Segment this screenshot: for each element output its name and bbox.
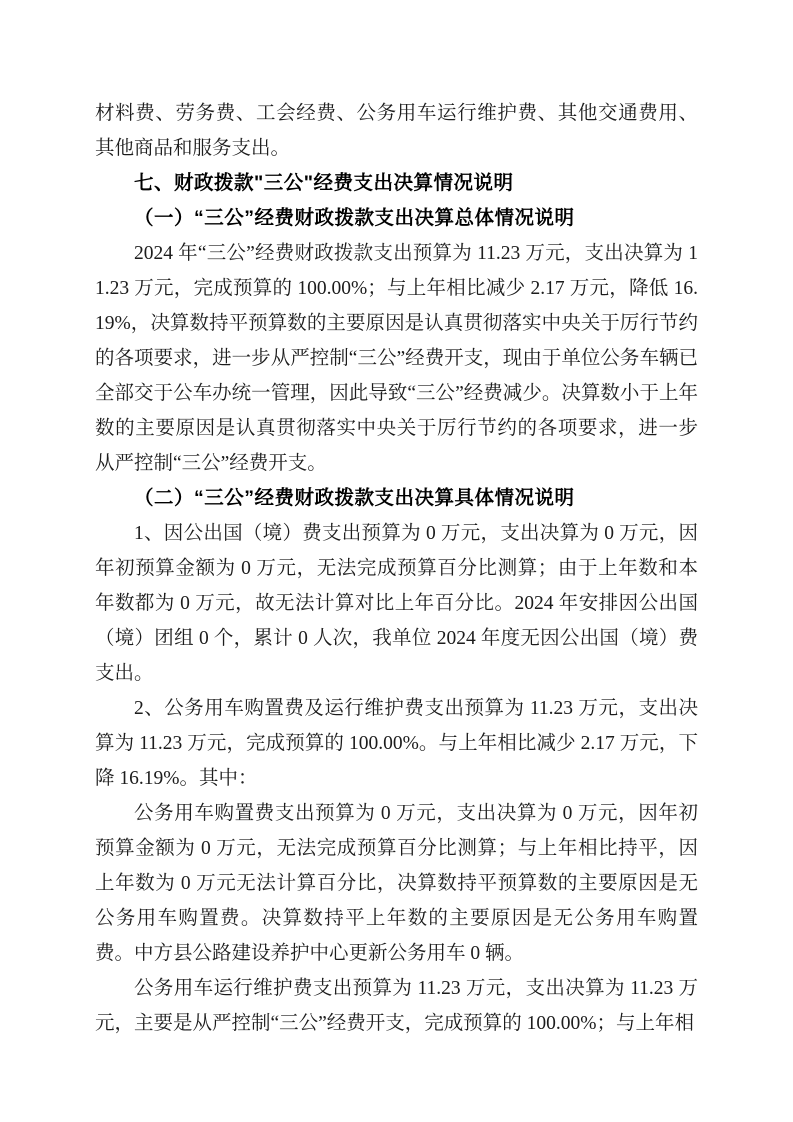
paragraph-overall-situation: 2024 年“三公”经费财政拨款支出预算为 11.23 万元，支出决算为 11.… — [95, 236, 698, 481]
paragraph-vehicle-purchase: 公务用车购置费支出预算为 0 万元，支出决算为 0 万元，因年初预算金额为 0 … — [95, 796, 698, 971]
paragraph-continuation: 材料费、劳务费、工会经费、公务用车运行维护费、其他交通费用、其他商品和服务支出。 — [95, 96, 698, 166]
subsection-heading-one: （一）“三公”经费财政拨款支出决算总体情况说明 — [95, 201, 698, 236]
paragraph-vehicle-operation: 公务用车运行维护费支出预算为 11.23 万元，支出决算为 11.23 万元，主… — [95, 971, 698, 1041]
paragraph-abroad-expense: 1、因公出国（境）费支出预算为 0 万元，支出决算为 0 万元，因年初预算金额为… — [95, 516, 698, 691]
subsection-heading-two: （二）“三公”经费财政拨款支出决算具体情况说明 — [95, 481, 698, 516]
section-heading-seven: 七、财政拨款"三公"经费支出决算情况说明 — [95, 166, 698, 201]
document-page: 材料费、劳务费、工会经费、公务用车运行维护费、其他交通费用、其他商品和服务支出。… — [0, 0, 793, 1122]
paragraph-vehicle-total: 2、公务用车购置费及运行维护费支出预算为 11.23 万元，支出决算为 11.2… — [95, 691, 698, 796]
